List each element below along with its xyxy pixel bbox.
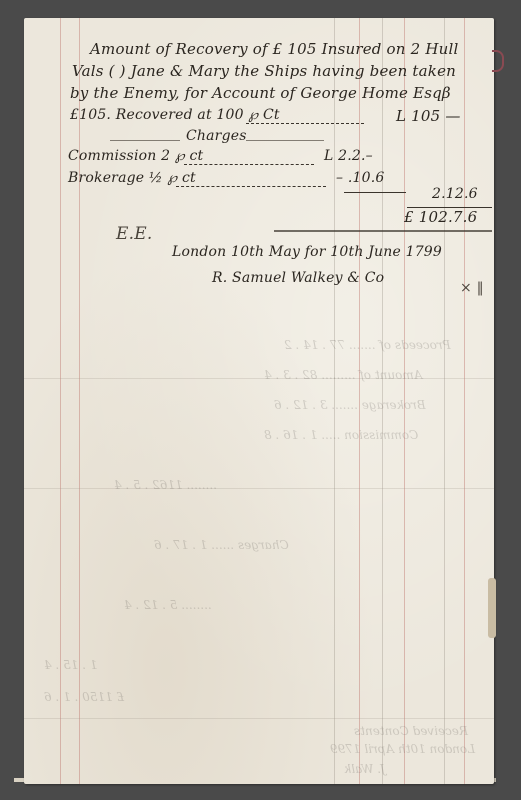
charges-total: 2.12.6: [432, 186, 478, 202]
bleed-through-text: Brokerage ....... 3 . 12 . 6: [274, 398, 426, 412]
signature: R. Samuel Walkey & Co: [212, 270, 384, 286]
dateline: London 10th May for 10th June 1799: [172, 244, 442, 260]
binding-string: [492, 50, 504, 72]
column-rule: [464, 18, 465, 784]
heading-rule-left: [110, 140, 180, 141]
closing-rule: [274, 230, 492, 232]
subtotal-rule: [344, 192, 406, 193]
margin-mark: × ‖: [460, 280, 484, 296]
initials: E.E.: [116, 224, 152, 244]
bleed-through-text: ........ 1162 . 5 . 4: [114, 478, 217, 492]
text-line-4: £105. Recovered at 100 ℘ Ct: [70, 107, 280, 123]
bleed-through-text: J. Walk: [344, 762, 385, 776]
manuscript-page: Amount of Recovery of £ 105 Insured on 2…: [24, 18, 494, 784]
leader-dashes: [176, 186, 326, 187]
charge-brokerage-label: Brokerage ½ ℘ ct: [68, 170, 196, 186]
bleed-through-text: London 10th April 1799: [330, 742, 475, 756]
faint-rule: [24, 488, 494, 489]
net-total: £ 102.7.6: [404, 208, 477, 226]
bleed-through-text: Amount of ......... 82 . 3 . 4: [264, 368, 422, 382]
bleed-through-text: Proceeds of ....... 77 . 14 . 2: [284, 338, 451, 352]
bleed-through-text: Charges ...... 1 . 17 . 6: [154, 538, 289, 552]
text-line-2: Vals ( ) Jane & Mary the Ships having be…: [72, 62, 456, 80]
leader-dashes: [246, 123, 364, 124]
bleed-through-text: Received Contents: [354, 724, 468, 738]
text-line-3: by the Enemy, for Account of George Home…: [70, 84, 451, 102]
column-rule: [444, 18, 445, 784]
recovered-amount: L 105 —: [396, 107, 461, 125]
bleed-through-text: £ 1150 . 1 . 6: [44, 690, 124, 704]
bleed-through-text: Commission ..... 1 . 16 . 8: [264, 428, 418, 442]
binding-tie: [488, 578, 496, 638]
bleed-through-text: 1 . 15 . 4: [44, 658, 97, 672]
text-line-1: Amount of Recovery of £ 105 Insured on 2…: [90, 40, 458, 58]
faint-rule: [24, 718, 494, 719]
bleed-through-text: ........ 5 . 12 . 4: [124, 598, 212, 612]
charges-heading: Charges: [186, 128, 247, 144]
charge-brokerage-amount: – .10.6: [336, 170, 384, 186]
leader-dashes: [184, 164, 314, 165]
charge-commission-amount: L 2.2.–: [324, 148, 373, 164]
heading-rule-right: [246, 140, 324, 141]
faint-rule: [24, 378, 494, 379]
charge-commission-label: Commission 2 ℘ ct: [68, 148, 203, 164]
